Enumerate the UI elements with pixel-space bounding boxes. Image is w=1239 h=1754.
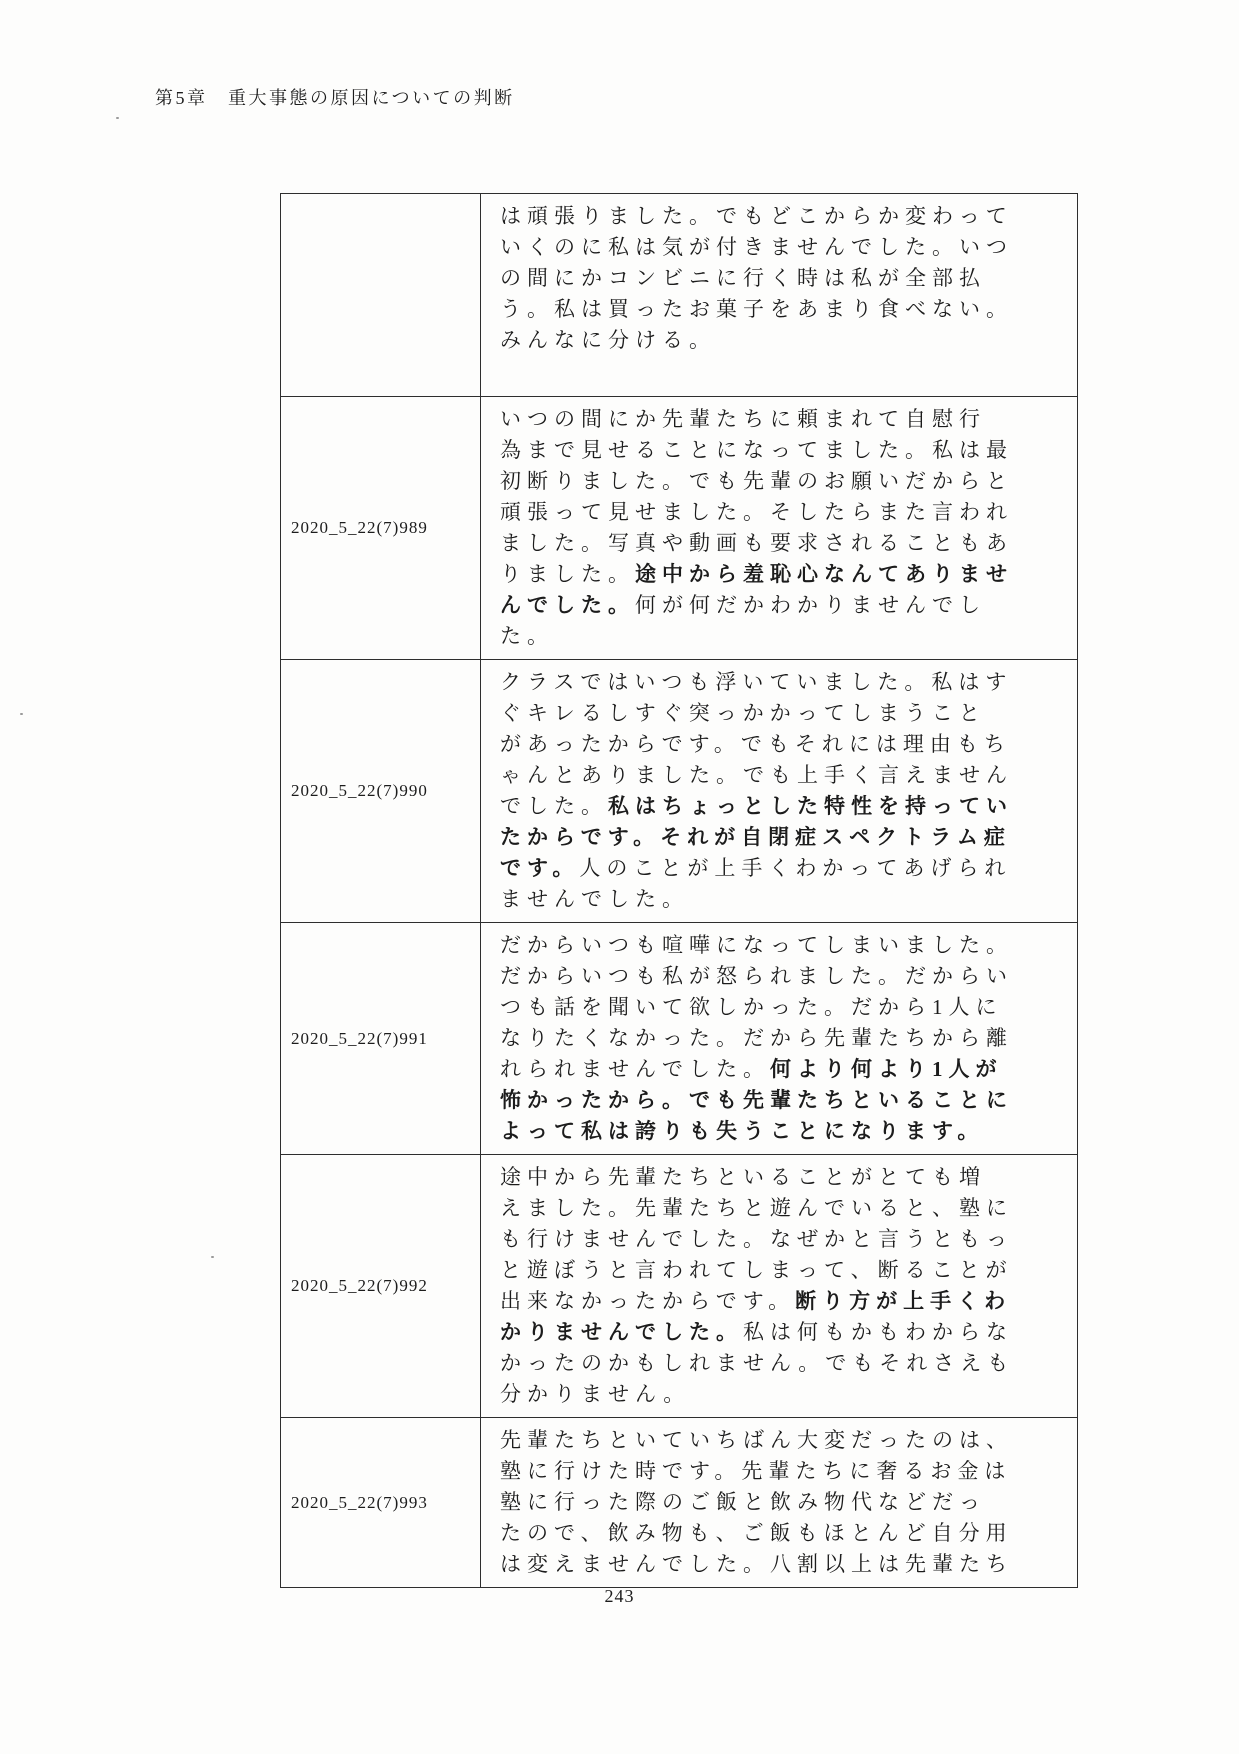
statement-text-line: でした。私はちょっとした特性を持ってい xyxy=(500,791,1069,822)
statement-text-line: 初断りました。でも先輩のお願いだからと xyxy=(500,466,1069,497)
table-row: 2020_5_22(7)991だからいつも喧嘩になってしまいました。だからいつも… xyxy=(281,923,1078,1155)
statement-table-body: は頑張りました。でもどこからか変わっていくのに私は気が付きませんでした。いつの間… xyxy=(281,194,1078,1588)
statement-id-cell xyxy=(281,194,481,397)
statement-text-line: と遊ぼうと言われてしまって、断ることが xyxy=(500,1255,1069,1286)
statement-text-line: た。 xyxy=(500,621,1069,652)
statement-text-line: ぐキレるしすぐ突っかかってしまうこと xyxy=(500,698,1069,729)
statement-id-cell: 2020_5_22(7)990 xyxy=(281,660,481,923)
statement-text-line: も行けませんでした。なぜかと言うともっ xyxy=(500,1224,1069,1255)
statement-text-cell: クラスではいつも浮いていました。私はすぐキレるしすぐ突っかかってしまうことがあっ… xyxy=(481,660,1078,923)
statement-text-line: 途中から先輩たちといることがとても増 xyxy=(500,1162,1069,1193)
statement-text-line: 塾に行けた時です。先輩たちに奢るお金は xyxy=(500,1456,1069,1487)
page-number: 243 xyxy=(0,1586,1239,1607)
statement-id-cell: 2020_5_22(7)992 xyxy=(281,1155,481,1418)
statement-text-line: 頑張って見せました。そしたらまた言われ xyxy=(500,497,1069,528)
statement-text-line: だからいつも喧嘩になってしまいました。 xyxy=(500,930,1069,961)
statement-text-line: だからいつも私が怒られました。だからい xyxy=(500,961,1069,992)
scan-speck xyxy=(20,713,23,715)
statement-text-line: があったからです。でもそれには理由もち xyxy=(500,729,1069,760)
table-row: 2020_5_22(7)990クラスではいつも浮いていました。私はすぐキレるしす… xyxy=(281,660,1078,923)
statement-id-cell: 2020_5_22(7)993 xyxy=(281,1418,481,1588)
statement-text-line: いくのに私は気が付きませんでした。いつ xyxy=(500,232,1069,263)
statement-text-line: よって私は誇りも失うことになります。 xyxy=(500,1116,1069,1147)
statement-text-cell: だからいつも喧嘩になってしまいました。だからいつも私が怒られました。だからいつも… xyxy=(481,923,1078,1155)
statement-text-line: んでした。何が何だかわかりませんでし xyxy=(500,590,1069,621)
table-row: 2020_5_22(7)993先輩たちといていちばん大変だったのは、塾に行けた時… xyxy=(281,1418,1078,1588)
statement-text-line: は変えませんでした。八割以上は先輩たち xyxy=(500,1549,1069,1580)
statement-text-line: つも話を聞いて欲しかった。だから1人に xyxy=(500,992,1069,1023)
statement-text-line: かりませんでした。私は何もかもわからな xyxy=(500,1317,1069,1348)
statement-text-line: 怖かったから。でも先輩たちといることに xyxy=(500,1085,1069,1116)
table-row: は頑張りました。でもどこからか変わっていくのに私は気が付きませんでした。いつの間… xyxy=(281,194,1078,397)
statement-text-line: です。人のことが上手くわかってあげられ xyxy=(500,853,1069,884)
statement-id-cell: 2020_5_22(7)991 xyxy=(281,923,481,1155)
statement-text-line: かったのかもしれません。でもそれさえも xyxy=(500,1348,1069,1379)
chapter-header: 第5章 重大事態の原因についての判断 xyxy=(155,84,515,110)
statement-text-line: いつの間にか先輩たちに頼まれて自慰行 xyxy=(500,404,1069,435)
statement-id-cell: 2020_5_22(7)989 xyxy=(281,397,481,660)
statement-table: は頑張りました。でもどこからか変わっていくのに私は気が付きませんでした。いつの間… xyxy=(280,193,1078,1588)
statement-text-line: 出来なかったからです。断り方が上手くわ xyxy=(500,1286,1069,1317)
statement-text-line: たので、飲み物も、ご飯もほとんど自分用 xyxy=(500,1518,1069,1549)
statement-text-line: 塾に行った際のご飯と飲み物代などだっ xyxy=(500,1487,1069,1518)
table-row: 2020_5_22(7)989いつの間にか先輩たちに頼まれて自慰行為まで見せるこ… xyxy=(281,397,1078,660)
statement-text-line: ゃんとありました。でも上手く言えません xyxy=(500,760,1069,791)
statement-text-line: 先輩たちといていちばん大変だったのは、 xyxy=(500,1425,1069,1456)
statement-text-line: 分かりません。 xyxy=(500,1379,1069,1410)
statement-text-line: の間にかコンビニに行く時は私が全部払 xyxy=(500,263,1069,294)
statement-text-line: う。私は買ったお菓子をあまり食べない。 xyxy=(500,294,1069,325)
statement-text-line: たからです。それが自閉症スペクトラム症 xyxy=(500,822,1069,853)
statement-text-line: ませんでした。 xyxy=(500,884,1069,915)
statement-text-cell: 途中から先輩たちといることがとても増えました。先輩たちと遊んでいると、塾にも行け… xyxy=(481,1155,1078,1418)
statement-text-cell: いつの間にか先輩たちに頼まれて自慰行為まで見せることになってました。私は最初断り… xyxy=(481,397,1078,660)
statement-text-line: ました。写真や動画も要求されることもあ xyxy=(500,528,1069,559)
scan-speck xyxy=(211,1256,214,1258)
statement-text-line: えました。先輩たちと遊んでいると、塾に xyxy=(500,1193,1069,1224)
scanned-document-page: 第5章 重大事態の原因についての判断 は頑張りました。でもどこからか変わっていく… xyxy=(0,0,1239,1754)
table-row: 2020_5_22(7)992途中から先輩たちといることがとても増えました。先輩… xyxy=(281,1155,1078,1418)
statement-text-line: りました。途中から羞恥心なんてありませ xyxy=(500,559,1069,590)
statement-text-line: なりたくなかった。だから先輩たちから離 xyxy=(500,1023,1069,1054)
statement-text-line: みんなに分ける。 xyxy=(500,325,1069,356)
statement-text-line: 為まで見せることになってました。私は最 xyxy=(500,435,1069,466)
scan-speck xyxy=(116,117,119,119)
statement-text-cell: 先輩たちといていちばん大変だったのは、塾に行けた時です。先輩たちに奢るお金は塾に… xyxy=(481,1418,1078,1588)
statement-text-line: クラスではいつも浮いていました。私はす xyxy=(500,667,1069,698)
statement-text-line: れられませんでした。何より何より1人が xyxy=(500,1054,1069,1085)
statement-text-line: は頑張りました。でもどこからか変わって xyxy=(500,201,1069,232)
statement-text-cell: は頑張りました。でもどこからか変わっていくのに私は気が付きませんでした。いつの間… xyxy=(481,194,1078,397)
